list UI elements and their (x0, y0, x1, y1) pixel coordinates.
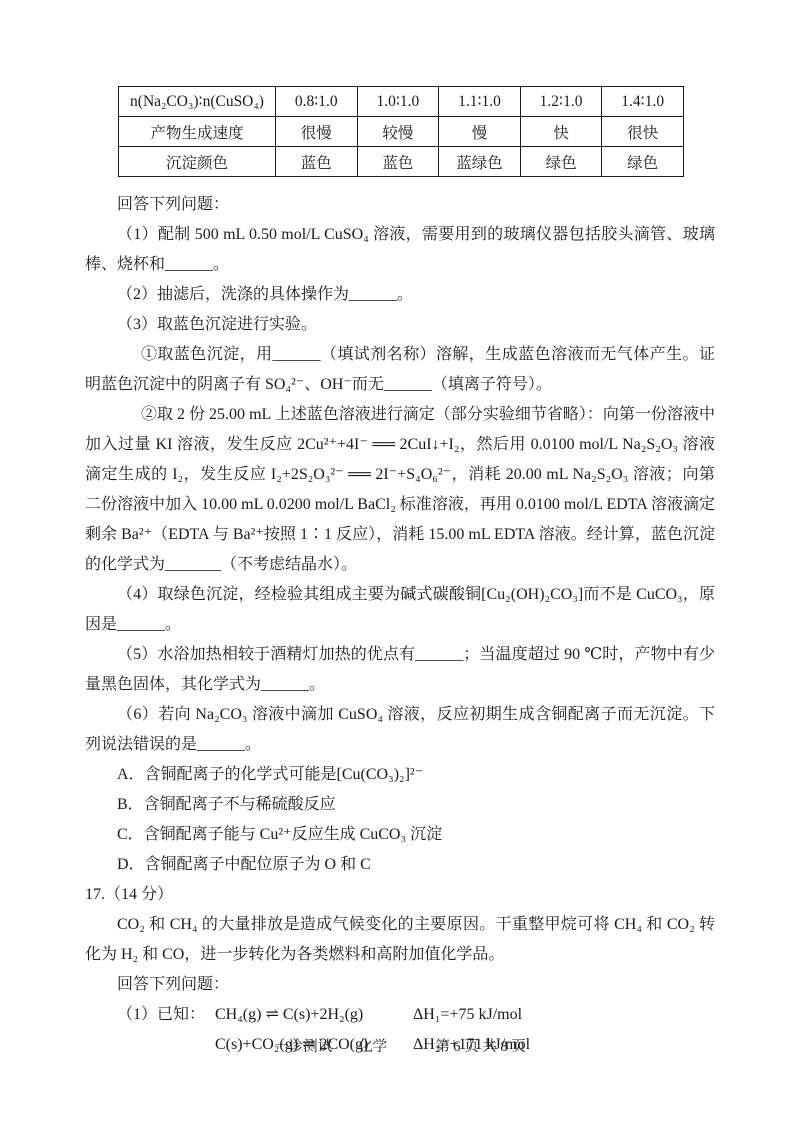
page-footer: 一诊测试 化学 第 6 页 共 8 页 (0, 1036, 800, 1058)
q16-answer-prompt: 回答下列问题： (85, 190, 715, 220)
q17-number: 17.（14 分） (85, 880, 715, 910)
reaction-observation-table: n(Na₂CO₃)∶n(CuSO₄) 0.8∶1.0 1.0∶1.0 1.1∶1… (118, 86, 684, 177)
q17-equation-1: CH₄(g) ⇌ C(s)+2H₂(g) (215, 1000, 413, 1030)
q16-option-a: A．含铜配离子的化学式可能是[Cu(CO₃)₂]²⁻ (85, 760, 715, 790)
exam-page: n(Na₂CO₃)∶n(CuSO₄) 0.8∶1.0 1.0∶1.0 1.1∶1… (0, 0, 800, 1060)
table-cell: 1.2∶1.0 (520, 87, 602, 117)
q17-equation-line-1: （1）已知： CH₄(g) ⇌ C(s)+2H₂(g) ΔH₁=+75 kJ/m… (85, 1000, 715, 1030)
q16-part4: （4）取绿色沉淀，经检验其组成主要为碱式碳酸铜[Cu₂(OH)₂CO₃]而不是 … (85, 580, 715, 640)
table-cell: 绿色 (520, 147, 602, 177)
footer-page-number: 第 6 页 共 8 页 (435, 1036, 526, 1058)
table-cell: 蓝色 (357, 147, 439, 177)
q16-option-c: C．含铜配离子能与 Cu²⁺反应生成 CuCO₃ 沉淀 (85, 820, 715, 850)
q17-part1-label: （1）已知： (117, 1000, 215, 1030)
table-cell: 1.4∶1.0 (602, 87, 684, 117)
table-cell: 快 (520, 117, 602, 147)
q17-enthalpy-1: ΔH₁=+75 kJ/mol (413, 1000, 522, 1030)
table-cell: 较慢 (357, 117, 439, 147)
footer-subject: 化学 (358, 1036, 387, 1058)
q16-option-d: D．含铜配离子中配位原子为 O 和 C (85, 850, 715, 880)
q16-part5: （5）水浴加热相较于酒精灯加热的优点有______；当温度超过 90 ℃时，产物… (85, 640, 715, 700)
table-row-ratio: n(Na₂CO₃)∶n(CuSO₄) 0.8∶1.0 1.0∶1.0 1.1∶1… (119, 87, 684, 117)
table-row-color: 沉淀颜色 蓝色 蓝色 蓝绿色 绿色 绿色 (119, 147, 684, 177)
table-cell: 1.1∶1.0 (439, 87, 521, 117)
q17-intro: CO₂ 和 CH₄ 的大量排放是造成气候变化的主要原因。干重整甲烷可将 CH₄ … (85, 910, 715, 970)
table-cell: 很快 (602, 117, 684, 147)
table-header-ratio: n(Na₂CO₃)∶n(CuSO₄) (119, 87, 276, 117)
q16-part3-sub2: ②取 2 份 25.00 mL 上述蓝色溶液进行滴定（部分实验细节省略）：向第一… (85, 400, 715, 580)
table-cell: 1.0∶1.0 (357, 87, 439, 117)
table-header-color: 沉淀颜色 (119, 147, 276, 177)
q16-part1: （1）配制 500 mL 0.50 mol/L CuSO₄ 溶液，需要用到的玻璃… (85, 220, 715, 280)
table-cell: 蓝色 (276, 147, 358, 177)
table-row-speed: 产物生成速度 很慢 较慢 慢 快 很快 (119, 117, 684, 147)
table-cell: 慢 (439, 117, 521, 147)
table-cell: 很慢 (276, 117, 358, 147)
q16-part6: （6）若向 Na₂CO₃ 溶液中滴加 CuSO₄ 溶液，反应初期生成含铜配离子而… (85, 700, 715, 760)
q16-part2: （2）抽滤后，洗涤的具体操作为______。 (85, 280, 715, 310)
table-cell: 绿色 (602, 147, 684, 177)
q17-answer-prompt: 回答下列问题： (85, 970, 715, 1000)
footer-exam-name: 一诊测试 (274, 1036, 332, 1058)
table-header-speed: 产物生成速度 (119, 117, 276, 147)
q16-part3: （3）取蓝色沉淀进行实验。 (85, 310, 715, 340)
table-cell: 蓝绿色 (439, 147, 521, 177)
q16-option-b: B．含铜配离子不与稀硫酸反应 (85, 790, 715, 820)
q16-part3-sub1: ①取蓝色沉淀，用______（填试剂名称）溶解，生成蓝色溶液而无气体产生。证明蓝… (85, 340, 715, 400)
table-cell: 0.8∶1.0 (276, 87, 358, 117)
